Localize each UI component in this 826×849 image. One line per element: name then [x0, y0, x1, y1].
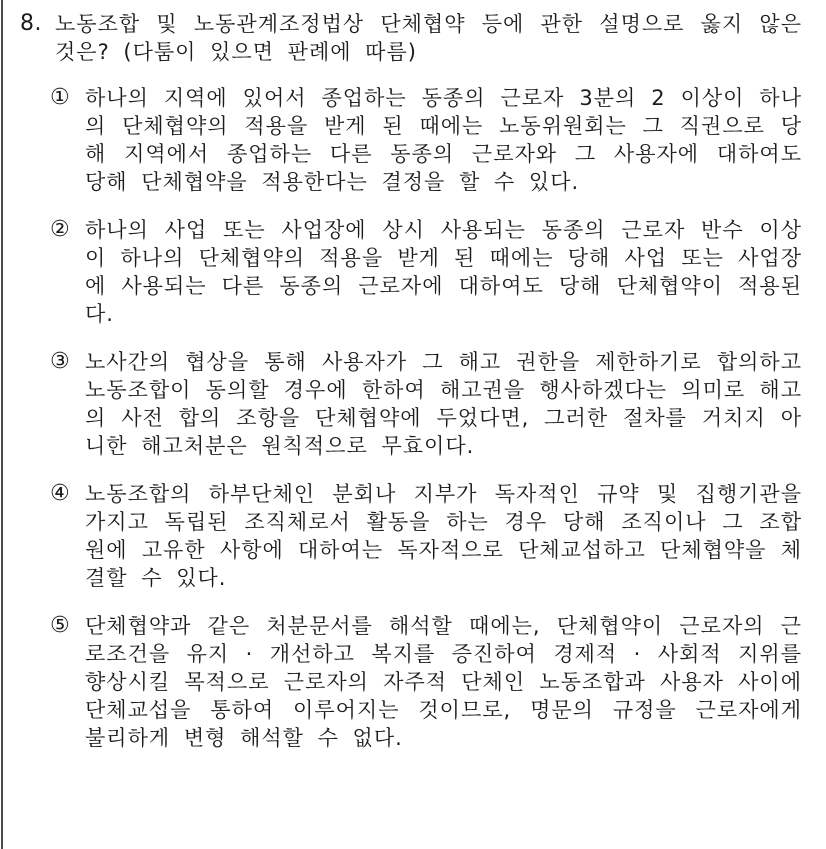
question-text: 노동조합 및 노동관계조정법상 단체협약 등에 관한 설명으로 옳지 않은 것은…: [55, 10, 802, 66]
option-text-5: 단체협약과 같은 처분문서를 해석할 때에는, 단체협약이 근로자의 근로조건을…: [85, 612, 802, 752]
option-text-1: 하나의 지역에 있어서 종업하는 동종의 근로자 3분의 2 이상이 하나의 단…: [85, 84, 802, 196]
option-item-4: ④ 노동조합의 하부단체인 분회나 지부가 독자적인 규약 및 집행기관을 가지…: [50, 480, 802, 592]
option-item-3: ③ 노사간의 협상을 통해 사용자가 그 해고 권한을 제한하기로 합의하고 노…: [50, 348, 802, 460]
question-block: 8. 노동조합 및 노동관계조정법상 단체협약 등에 관한 설명으로 옳지 않은…: [20, 10, 802, 66]
option-marker-1: ①: [50, 84, 85, 112]
option-text-4: 노동조합의 하부단체인 분회나 지부가 독자적인 규약 및 집행기관을 가지고 …: [85, 480, 802, 592]
option-marker-5: ⑤: [50, 612, 85, 640]
question-number: 8.: [20, 10, 55, 38]
option-marker-3: ③: [50, 348, 85, 376]
page-left-border: [1, 0, 3, 849]
option-text-3: 노사간의 협상을 통해 사용자가 그 해고 권한을 제한하기로 합의하고 노동조…: [85, 348, 802, 460]
option-marker-2: ②: [50, 216, 85, 244]
option-item-1: ① 하나의 지역에 있어서 종업하는 동종의 근로자 3분의 2 이상이 하나의…: [50, 84, 802, 196]
exam-question-page: 8. 노동조합 및 노동관계조정법상 단체협약 등에 관한 설명으로 옳지 않은…: [0, 0, 826, 849]
option-item-5: ⑤ 단체협약과 같은 처분문서를 해석할 때에는, 단체협약이 근로자의 근로조…: [50, 612, 802, 752]
option-marker-4: ④: [50, 480, 85, 508]
option-item-2: ② 하나의 사업 또는 사업장에 상시 사용되는 동종의 근로자 반수 이상이 …: [50, 216, 802, 328]
option-text-2: 하나의 사업 또는 사업장에 상시 사용되는 동종의 근로자 반수 이상이 하나…: [85, 216, 802, 328]
